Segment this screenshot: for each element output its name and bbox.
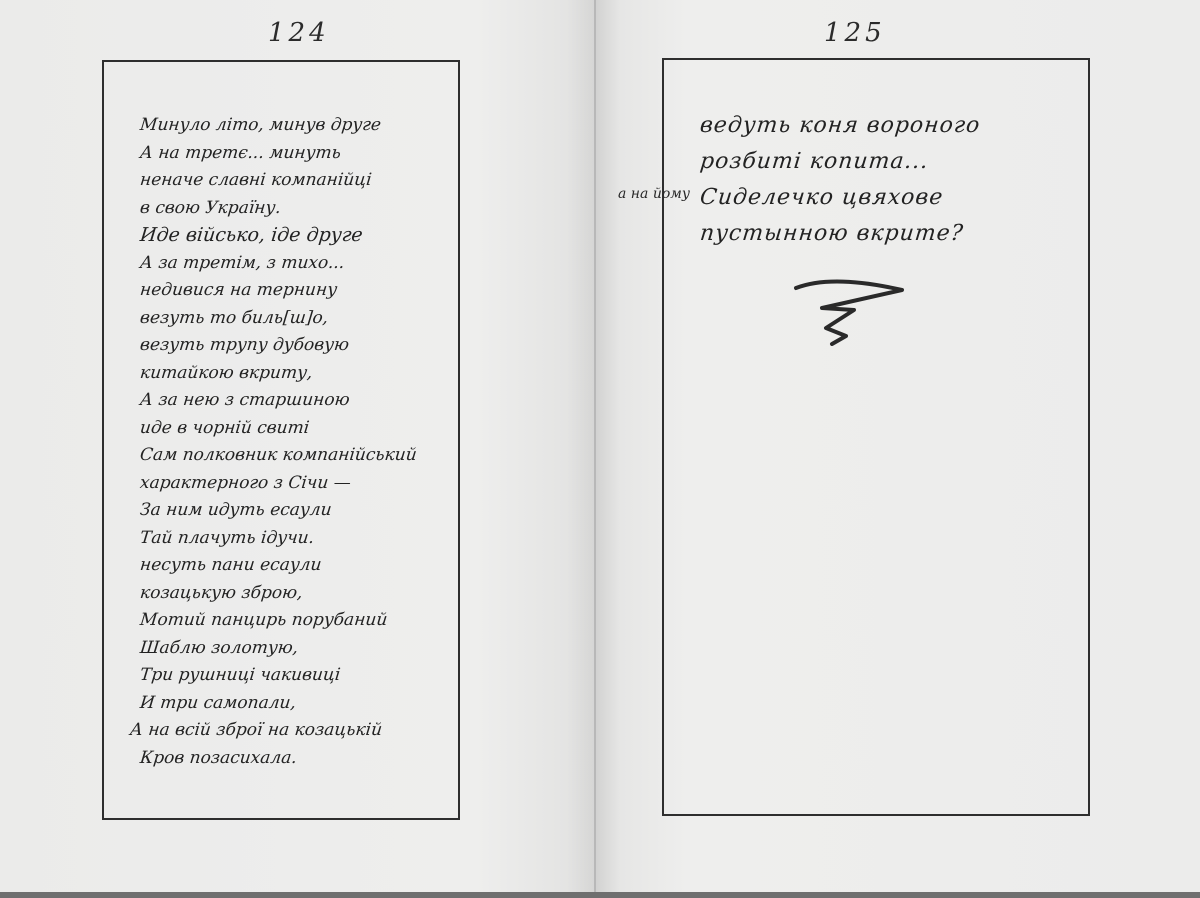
page-number-left: 124 xyxy=(268,18,330,48)
poem-line: А за нею з старшиною xyxy=(139,387,418,415)
poem-line: в свою Україну. xyxy=(139,195,418,223)
page-number-right: 125 xyxy=(824,18,886,48)
poem-line: характерного з Січи — xyxy=(139,470,418,498)
poem-line: ведуть коня вороного xyxy=(698,108,982,144)
poem-line: козацькую зброю, xyxy=(139,580,418,608)
poem-line: И три самопали, xyxy=(139,690,418,718)
poem-line: розбиті копита... xyxy=(698,144,982,180)
poem-line: недивися на тернину xyxy=(139,277,418,305)
poem-line: китайкою вкриту, xyxy=(139,360,418,388)
poem-line: неначе славні компанійці xyxy=(139,167,418,195)
poem-line: Сиделечко цвяхове xyxy=(698,180,982,216)
poem-line: А за третім, з тихо... xyxy=(139,250,418,278)
page-bottom-edge xyxy=(0,892,1200,898)
poem-lines-right: ведуть коня вороного розбиті копита... С… xyxy=(700,108,980,252)
poem-line: Сам полковник компанійський xyxy=(139,442,418,470)
manuscript-spread: 124 Минуло літо, минув друге А на третє.… xyxy=(0,0,1200,898)
poem-line: иде в чорній свиті xyxy=(139,415,418,443)
poem-line: Мотий панцирь порубаний xyxy=(139,607,418,635)
poem-line: везуть то биль[ш]о, xyxy=(139,305,418,333)
poem-line: Кров позасихала. xyxy=(139,745,418,773)
left-page: 124 Минуло літо, минув друге А на третє.… xyxy=(0,0,596,892)
poem-line: несуть пани есаули xyxy=(139,552,418,580)
margin-note: а на йому xyxy=(618,186,690,202)
poem-line: А на всій зброї на козацькій xyxy=(129,717,418,745)
poem-line: Три рушниці чакивиці xyxy=(139,662,418,690)
poem-line: Иде військо, іде друге xyxy=(139,222,418,250)
poem-line: Тай плачуть ідучи. xyxy=(139,525,418,553)
poem-line: пустынною вкрите? xyxy=(698,216,982,252)
poem-line: Минуло літо, минув друге xyxy=(139,112,418,140)
poem-lines-left: Минуло літо, минув друге А на третє... м… xyxy=(140,112,417,772)
poem-line: везуть трупу дубовую xyxy=(139,332,418,360)
right-page: 125 а на йому ведуть коня вороного розби… xyxy=(596,0,1200,892)
end-flourish-icon xyxy=(792,266,912,346)
poem-line: За ним идуть есаули xyxy=(139,497,418,525)
poem-line: Шаблю золотую, xyxy=(139,635,418,663)
poem-line: А на третє... минуть xyxy=(139,140,418,168)
